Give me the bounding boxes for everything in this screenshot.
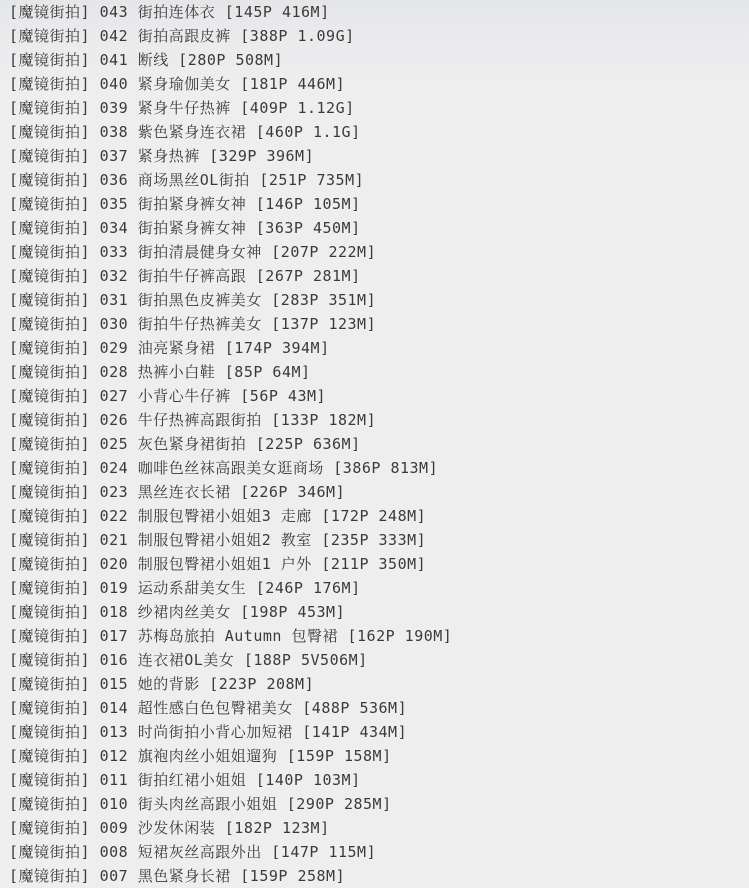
list-item: [魔镜街拍] 015 她的背影 [223P 208M] [9,672,749,696]
list-item-number: 012 [100,747,129,765]
list-item: [魔镜街拍] 033 街拍清晨健身女神 [207P 222M] [9,240,749,264]
list-item-tag: [魔镜街拍] [9,555,90,573]
list-item-number: 028 [100,363,129,381]
list-item-meta: [226P 346M] [240,483,345,501]
list-item-title: 咖啡色丝袜高跟美女逛商场 [138,459,324,477]
list-item: [魔镜街拍] 019 运动系甜美女生 [246P 176M] [9,576,749,600]
list-item-title: 紧身热裤 [138,147,200,165]
list-item-tag: [魔镜街拍] [9,99,90,117]
list-item-meta: [283P 351M] [271,291,376,309]
list-item: [魔镜街拍] 028 热裤小白鞋 [85P 64M] [9,360,749,384]
list-item-tag: [魔镜街拍] [9,123,90,141]
list-item-number: 026 [100,411,129,429]
list-item-title: 黑色紧身长裙 [138,867,231,885]
list-item-meta: [188P 5V506M] [244,651,368,669]
list-item: [魔镜街拍] 038 紫色紧身连衣裙 [460P 1.1G] [9,120,749,144]
list-item-title: 制服包臀裙小姐姐2 教室 [138,531,312,549]
list-item-meta: [181P 446M] [240,75,345,93]
list-item-title: 油亮紧身裙 [138,339,216,357]
list-item: [魔镜街拍] 016 连衣裙OL美女 [188P 5V506M] [9,648,749,672]
list-item-number: 007 [100,867,129,885]
list-item-title: 街拍紧身裤女神 [138,195,247,213]
list-item-title: 商场黑丝OL街拍 [138,171,250,189]
list-item-title: 她的背影 [138,675,200,693]
list-item-number: 014 [100,699,129,717]
list-item-tag: [魔镜街拍] [9,675,90,693]
list-item-tag: [魔镜街拍] [9,219,90,237]
list-item-tag: [魔镜街拍] [9,75,90,93]
list-item-number: 032 [100,267,129,285]
list-item-title: 街拍高跟皮裤 [138,27,231,45]
list-item-number: 040 [100,75,129,93]
list-item: [魔镜街拍] 035 街拍紧身裤女神 [146P 105M] [9,192,749,216]
list-item: [魔镜街拍] 014 超性感白色包臀裙美女 [488P 536M] [9,696,749,720]
list-item-number: 042 [100,27,129,45]
list-item-tag: [魔镜街拍] [9,579,90,597]
list-item-number: 016 [100,651,129,669]
list-item-title: 街拍牛仔裤高跟 [138,267,247,285]
list-item-title: 时尚街拍小背心加短裙 [138,723,293,741]
list-item-number: 031 [100,291,129,309]
list-item: [魔镜街拍] 010 街头肉丝高跟小姐姐 [290P 285M] [9,792,749,816]
list-item-number: 030 [100,315,129,333]
album-list: [魔镜街拍] 043 街拍连体衣 [145P 416M][魔镜街拍] 042 街… [0,0,749,888]
list-item: [魔镜街拍] 009 沙发休闲装 [182P 123M] [9,816,749,840]
list-item-number: 043 [100,3,129,21]
list-item-meta: [174P 394M] [225,339,330,357]
list-item-title: 紧身瑜伽美女 [138,75,231,93]
list-item-number: 019 [100,579,129,597]
list-item-meta: [146P 105M] [256,195,361,213]
list-item-meta: [137P 123M] [271,315,376,333]
list-item-meta: [488P 536M] [302,699,407,717]
list-item-title: 小背心牛仔裤 [138,387,231,405]
list-item-number: 034 [100,219,129,237]
list-item-meta: [207P 222M] [271,243,376,261]
list-item-meta: [159P 158M] [287,747,392,765]
list-item-meta: [198P 453M] [240,603,345,621]
list-item-tag: [魔镜街拍] [9,819,90,837]
list-item: [魔镜街拍] 013 时尚街拍小背心加短裙 [141P 434M] [9,720,749,744]
list-item-number: 039 [100,99,129,117]
list-item-tag: [魔镜街拍] [9,795,90,813]
list-item-tag: [魔镜街拍] [9,459,90,477]
list-item-number: 038 [100,123,129,141]
list-item-meta: [225P 636M] [256,435,361,453]
list-item-title: 街拍清晨健身女神 [138,243,262,261]
list-item-tag: [魔镜街拍] [9,243,90,261]
list-item: [魔镜街拍] 031 街拍黑色皮裤美女 [283P 351M] [9,288,749,312]
list-item-number: 033 [100,243,129,261]
list-item-tag: [魔镜街拍] [9,411,90,429]
list-item: [魔镜街拍] 029 油亮紧身裙 [174P 394M] [9,336,749,360]
list-item-title: 短裙灰丝高跟外出 [138,843,262,861]
list-item: [魔镜街拍] 034 街拍紧身裤女神 [363P 450M] [9,216,749,240]
list-item-title: 灰色紧身裙街拍 [138,435,247,453]
list-item-meta: [386P 813M] [333,459,438,477]
list-item: [魔镜街拍] 018 纱裙肉丝美女 [198P 453M] [9,600,749,624]
list-item-title: 制服包臀裙小姐姐3 走廊 [138,507,312,525]
list-item-meta: [267P 281M] [256,267,361,285]
list-item-tag: [魔镜街拍] [9,699,90,717]
list-item: [魔镜街拍] 022 制服包臀裙小姐姐3 走廊 [172P 248M] [9,504,749,528]
list-item-title: 纱裙肉丝美女 [138,603,231,621]
list-item-meta: [280P 508M] [178,51,283,69]
list-item-meta: [140P 103M] [256,771,361,789]
list-item-tag: [魔镜街拍] [9,651,90,669]
list-item-tag: [魔镜街拍] [9,867,90,885]
list-item-meta: [145P 416M] [225,3,330,21]
list-item-title: 沙发休闲装 [138,819,216,837]
list-item-title: 运动系甜美女生 [138,579,247,597]
list-item-number: 008 [100,843,129,861]
list-item-number: 024 [100,459,129,477]
list-item-meta: [182P 123M] [225,819,330,837]
list-item-tag: [魔镜街拍] [9,435,90,453]
list-item-title: 紧身牛仔热裤 [138,99,231,117]
list-item-tag: [魔镜街拍] [9,603,90,621]
list-item: [魔镜街拍] 036 商场黑丝OL街拍 [251P 735M] [9,168,749,192]
list-item-number: 025 [100,435,129,453]
list-item: [魔镜街拍] 037 紧身热裤 [329P 396M] [9,144,749,168]
list-item-meta: [388P 1.09G] [240,27,354,45]
list-item-meta: [251P 735M] [259,171,364,189]
list-item-tag: [魔镜街拍] [9,723,90,741]
list-item-title: 连衣裙OL美女 [138,651,235,669]
list-item-meta: [246P 176M] [256,579,361,597]
list-item-title: 苏梅岛旅拍 Autumn 包臀裙 [138,627,338,645]
list-item: [魔镜街拍] 024 咖啡色丝袜高跟美女逛商场 [386P 813M] [9,456,749,480]
list-item-meta: [409P 1.12G] [240,99,354,117]
list-item-title: 黑丝连衣长裙 [138,483,231,501]
list-item: [魔镜街拍] 040 紧身瑜伽美女 [181P 446M] [9,72,749,96]
list-item-title: 街拍牛仔热裤美女 [138,315,262,333]
list-item: [魔镜街拍] 041 断线 [280P 508M] [9,48,749,72]
list-item-number: 009 [100,819,129,837]
list-item-title: 街头肉丝高跟小姐姐 [138,795,278,813]
list-item-meta: [223P 208M] [209,675,314,693]
list-item-title: 制服包臀裙小姐姐1 户外 [138,555,312,573]
list-item-meta: [235P 333M] [321,531,426,549]
list-item-title: 街拍黑色皮裤美女 [138,291,262,309]
list-item-meta: [172P 248M] [321,507,426,525]
list-item-tag: [魔镜街拍] [9,51,90,69]
list-item-meta: [460P 1.1G] [256,123,361,141]
list-item-meta: [329P 396M] [209,147,314,165]
list-item-tag: [魔镜街拍] [9,27,90,45]
list-item-meta: [141P 434M] [302,723,407,741]
list-item: [魔镜街拍] 023 黑丝连衣长裙 [226P 346M] [9,480,749,504]
list-item-number: 015 [100,675,129,693]
list-item: [魔镜街拍] 043 街拍连体衣 [145P 416M] [9,0,749,24]
list-item-title: 热裤小白鞋 [138,363,216,381]
list-item-meta: [211P 350M] [321,555,426,573]
list-item-number: 011 [100,771,129,789]
list-item-tag: [魔镜街拍] [9,339,90,357]
list-item-meta: [290P 285M] [287,795,392,813]
list-item-tag: [魔镜街拍] [9,315,90,333]
list-item-number: 023 [100,483,129,501]
list-item: [魔镜街拍] 025 灰色紧身裙街拍 [225P 636M] [9,432,749,456]
list-item: [魔镜街拍] 017 苏梅岛旅拍 Autumn 包臀裙 [162P 190M] [9,624,749,648]
list-item-title: 街拍紧身裤女神 [138,219,247,237]
list-item-number: 010 [100,795,129,813]
list-item-tag: [魔镜街拍] [9,3,90,21]
list-item-tag: [魔镜街拍] [9,747,90,765]
list-item: [魔镜街拍] 030 街拍牛仔热裤美女 [137P 123M] [9,312,749,336]
list-item-title: 旗袍肉丝小姐姐遛狗 [138,747,278,765]
list-item: [魔镜街拍] 021 制服包臀裙小姐姐2 教室 [235P 333M] [9,528,749,552]
list-item-tag: [魔镜街拍] [9,627,90,645]
list-item-number: 041 [100,51,129,69]
list-item-tag: [魔镜街拍] [9,531,90,549]
list-item: [魔镜街拍] 011 街拍红裙小姐姐 [140P 103M] [9,768,749,792]
list-item-meta: [85P 64M] [225,363,311,381]
list-item-meta: [147P 115M] [271,843,376,861]
list-item-meta: [363P 450M] [256,219,361,237]
list-item-tag: [魔镜街拍] [9,195,90,213]
list-item-tag: [魔镜街拍] [9,507,90,525]
list-item-tag: [魔镜街拍] [9,291,90,309]
list-item-title: 街拍连体衣 [138,3,216,21]
list-item-tag: [魔镜街拍] [9,483,90,501]
list-item-meta: [162P 190M] [348,627,453,645]
list-item: [魔镜街拍] 026 牛仔热裤高跟街拍 [133P 182M] [9,408,749,432]
list-item: [魔镜街拍] 039 紧身牛仔热裤 [409P 1.12G] [9,96,749,120]
list-item-tag: [魔镜街拍] [9,171,90,189]
list-item-tag: [魔镜街拍] [9,771,90,789]
list-item: [魔镜街拍] 012 旗袍肉丝小姐姐遛狗 [159P 158M] [9,744,749,768]
list-item-number: 013 [100,723,129,741]
list-item-number: 036 [100,171,129,189]
list-item-number: 027 [100,387,129,405]
list-item-number: 020 [100,555,129,573]
list-item-title: 紫色紧身连衣裙 [138,123,247,141]
list-item-number: 029 [100,339,129,357]
list-item-tag: [魔镜街拍] [9,843,90,861]
list-item: [魔镜街拍] 032 街拍牛仔裤高跟 [267P 281M] [9,264,749,288]
list-item-title: 牛仔热裤高跟街拍 [138,411,262,429]
list-item-tag: [魔镜街拍] [9,267,90,285]
list-item-tag: [魔镜街拍] [9,387,90,405]
list-item: [魔镜街拍] 020 制服包臀裙小姐姐1 户外 [211P 350M] [9,552,749,576]
list-item-tag: [魔镜街拍] [9,147,90,165]
list-item-title: 街拍红裙小姐姐 [138,771,247,789]
list-item: [魔镜街拍] 007 黑色紧身长裙 [159P 258M] [9,864,749,888]
list-item-tag: [魔镜街拍] [9,363,90,381]
list-item: [魔镜街拍] 008 短裙灰丝高跟外出 [147P 115M] [9,840,749,864]
list-item-title: 断线 [138,51,169,69]
list-item-meta: [133P 182M] [271,411,376,429]
list-item-title: 超性感白色包臀裙美女 [138,699,293,717]
list-item-meta: [56P 43M] [240,387,326,405]
list-item-number: 022 [100,507,129,525]
list-item-number: 037 [100,147,129,165]
list-item-meta: [159P 258M] [240,867,345,885]
list-item-number: 035 [100,195,129,213]
list-item: [魔镜街拍] 027 小背心牛仔裤 [56P 43M] [9,384,749,408]
list-item-number: 017 [100,627,129,645]
list-item-number: 018 [100,603,129,621]
list-item: [魔镜街拍] 042 街拍高跟皮裤 [388P 1.09G] [9,24,749,48]
list-item-number: 021 [100,531,129,549]
